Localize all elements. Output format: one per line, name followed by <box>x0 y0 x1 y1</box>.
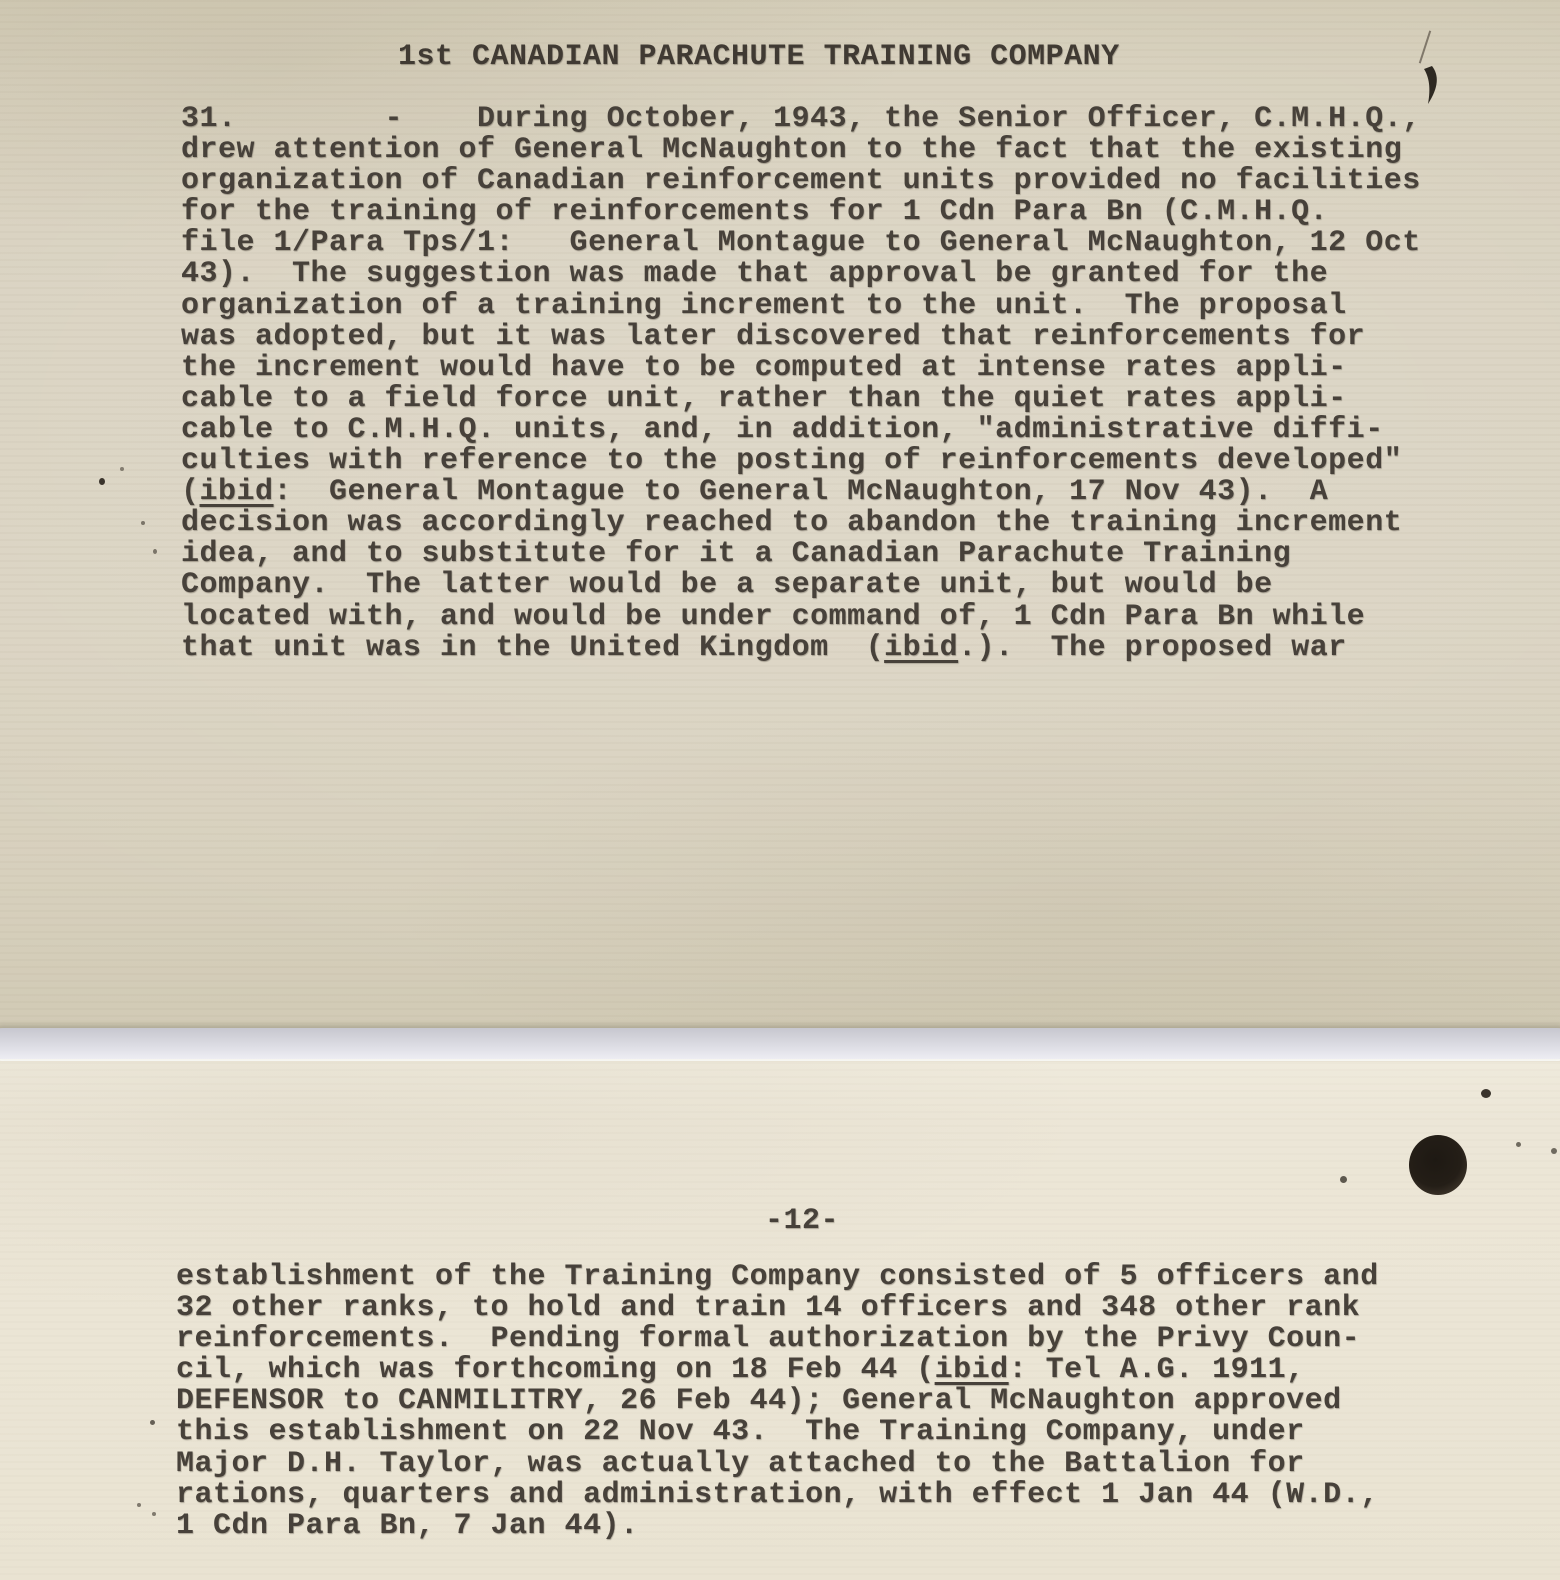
ink-speck <box>1340 1176 1347 1183</box>
text-line: decision was accordingly reached to aban… <box>181 508 1421 539</box>
text-line: cil, which was forthcoming on 18 Feb 44 … <box>176 1355 1379 1386</box>
ink-speck <box>152 1512 156 1516</box>
text-line: DEFENSOR to CANMILITRY, 26 Feb 44); Gene… <box>176 1386 1379 1417</box>
text-line: organization of a training increment to … <box>181 291 1421 322</box>
ink-speck <box>1481 1089 1491 1098</box>
text-line: idea, and to substitute for it a Canadia… <box>181 539 1421 570</box>
text-line: cable to a field force unit, rather than… <box>181 384 1421 415</box>
ink-speck <box>1551 1148 1557 1154</box>
text-line: this establishment on 22 Nov 43. The Tra… <box>176 1417 1379 1448</box>
text-line: that unit was in the United Kingdom (ibi… <box>181 633 1421 664</box>
text-line: reinforcements. Pending formal authoriza… <box>176 1324 1379 1355</box>
text-line: organization of Canadian reinforcement u… <box>181 166 1421 197</box>
text-line: 31. - During October, 1943, the Senior O… <box>181 104 1421 135</box>
text-line: 1 Cdn Para Bn, 7 Jan 44). <box>176 1511 1379 1542</box>
underlined-text: ibid <box>935 1353 1009 1387</box>
pen-scratch <box>1419 31 1431 64</box>
ink-speck <box>99 478 105 485</box>
text-line: located with, and would be under command… <box>181 602 1421 633</box>
page2-scan: -12- establishment of the Training Compa… <box>0 1062 1560 1580</box>
text-line: 32 other ranks, to hold and train 14 off… <box>176 1293 1379 1324</box>
pen-mark <box>1418 62 1444 108</box>
page1-scan: 1st CANADIAN PARACHUTE TRAINING COMPANY … <box>0 0 1560 1030</box>
text-line: was adopted, but it was later discovered… <box>181 322 1421 353</box>
page2-text-block: establishment of the Training Company co… <box>176 1262 1379 1542</box>
text-line: file 1/Para Tps/1: General Montague to G… <box>181 228 1421 259</box>
ink-speck <box>120 467 124 471</box>
text-line: drew attention of General McNaughton to … <box>181 135 1421 166</box>
ink-speck <box>141 521 145 525</box>
underlined-text: ibid <box>884 631 958 665</box>
text-line: the increment would have to be computed … <box>181 353 1421 384</box>
ink-speck <box>150 1420 155 1425</box>
ink-speck <box>153 549 157 554</box>
text-line: Major D.H. Taylor, was actually attached… <box>176 1449 1379 1480</box>
ink-speck <box>137 1503 141 1507</box>
page1-title: 1st CANADIAN PARACHUTE TRAINING COMPANY <box>398 40 1120 74</box>
text-line: establishment of the Training Company co… <box>176 1262 1379 1293</box>
underlined-text: ibid <box>200 475 274 509</box>
text-line: for the training of reinforcements for 1… <box>181 197 1421 228</box>
text-line: 43). The suggestion was made that approv… <box>181 259 1421 290</box>
scanned-document-view: 1st CANADIAN PARACHUTE TRAINING COMPANY … <box>0 0 1560 1580</box>
text-line: Company. The latter would be a separate … <box>181 570 1421 601</box>
text-line: culties with reference to the posting of… <box>181 446 1421 477</box>
text-line: cable to C.M.H.Q. units, and, in additio… <box>181 415 1421 446</box>
page1-text-block: 31. - During October, 1943, the Senior O… <box>181 104 1421 664</box>
text-line: (ibid: General Montague to General McNau… <box>181 477 1421 508</box>
page2-number: -12- <box>765 1204 839 1238</box>
page-separator-bar <box>0 1028 1560 1059</box>
text-line: rations, quarters and administration, wi… <box>176 1480 1379 1511</box>
punch-hole <box>1409 1135 1467 1195</box>
ink-speck <box>1516 1142 1521 1147</box>
